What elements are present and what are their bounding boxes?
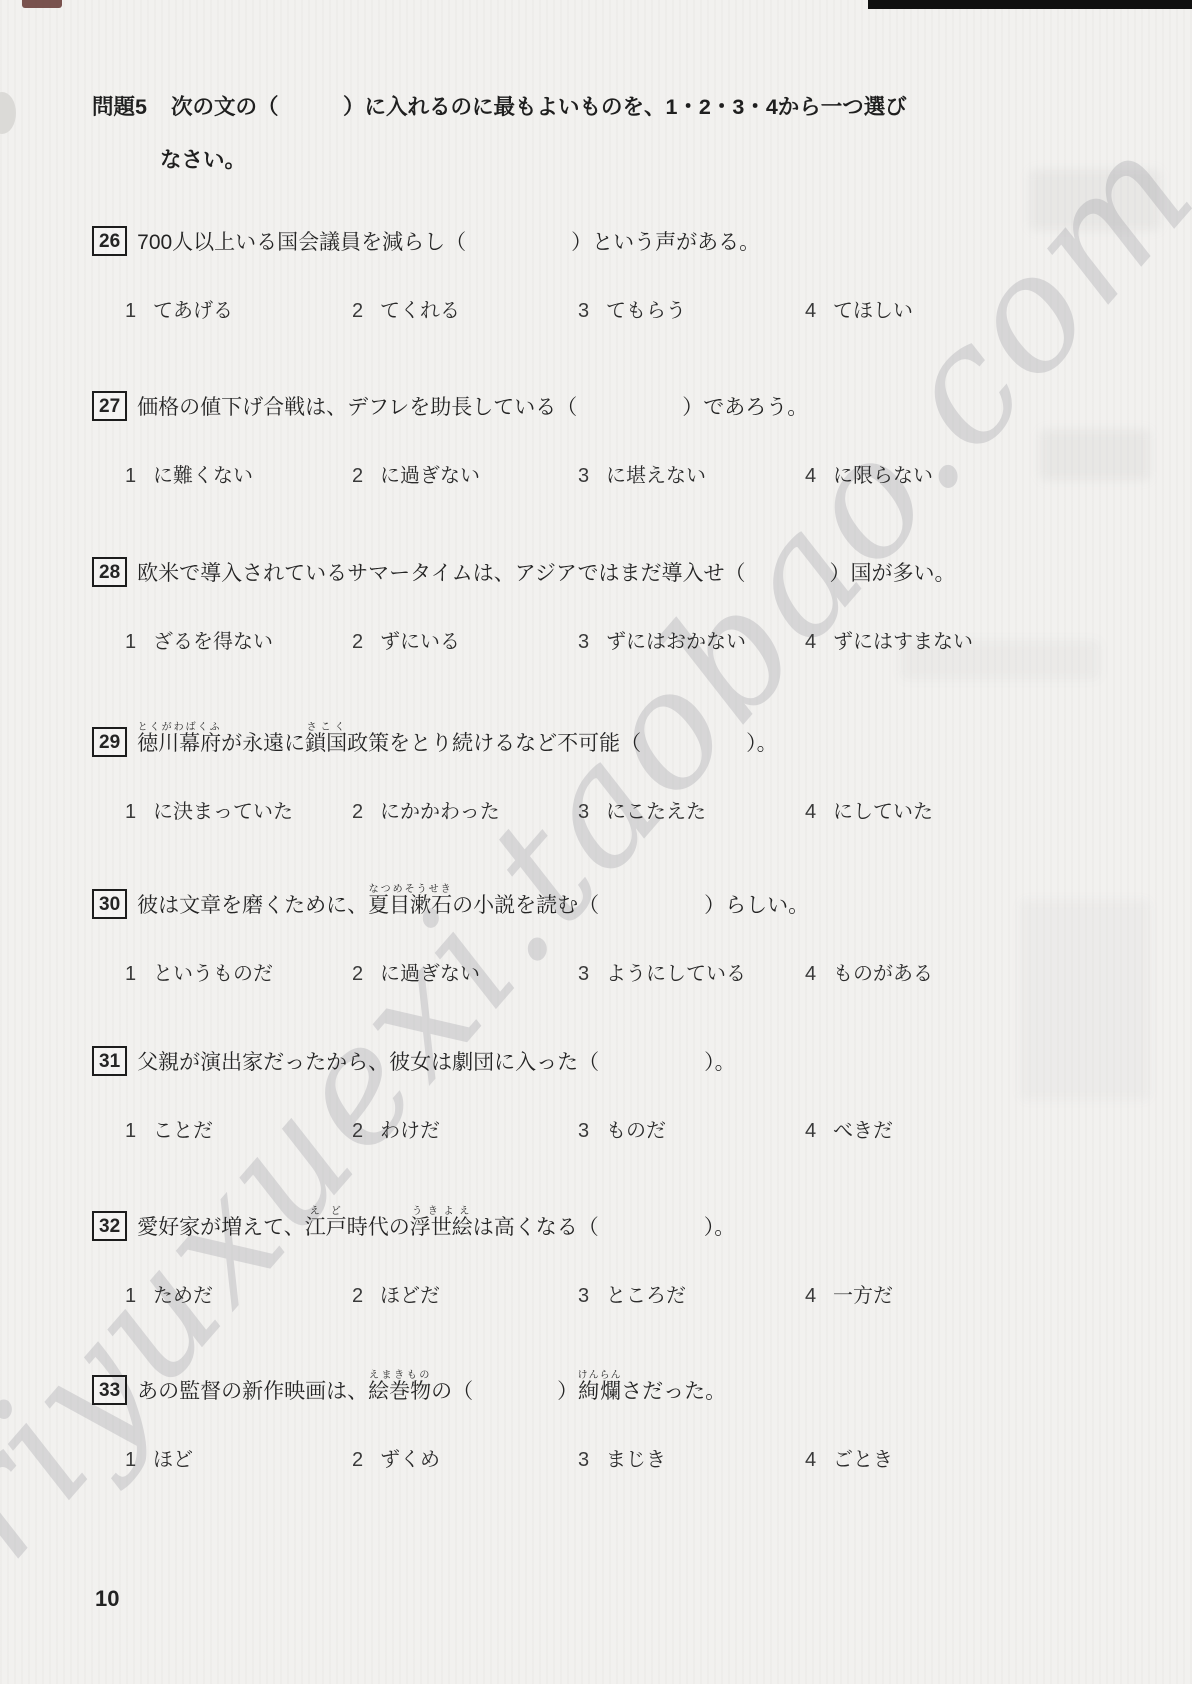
option-number: 1 <box>125 959 139 989</box>
page-number: 10 <box>95 1586 119 1612</box>
option: 3てもらう <box>578 296 805 326</box>
question-stem-row: 29徳川幕府とくがわばくふが永遠に鎖国さこく政策をとり続けるなど不可能（ ）。 <box>92 722 1112 761</box>
options-row: 1ほど 2ずくめ 3まじき 4ごとき <box>125 1445 1112 1475</box>
options-row: 1というものだ 2に過ぎない 3ようにしている 4ものがある <box>125 959 1112 989</box>
option: 2に過ぎない <box>352 959 578 989</box>
option-number: 1 <box>125 1116 139 1146</box>
option: 2てくれる <box>352 296 578 326</box>
question-stem: あの監督の新作映画は、絵巻物えまきものの（ ）絢爛けんらんさだった。 <box>137 1380 726 1403</box>
option: 1てあげる <box>125 296 352 326</box>
option-number: 1 <box>125 797 139 827</box>
option: 3ずにはおかない <box>578 627 805 657</box>
option-label: というものだ <box>153 963 273 985</box>
option-number: 2 <box>352 461 366 491</box>
option: 1ざるを得ない <box>125 627 352 657</box>
furigana: うきよえ <box>410 1206 473 1217</box>
furigana: さこく <box>305 722 347 733</box>
question-stem-row: 26700人以上いる国会議員を減らし（ ）という声がある。 <box>92 226 1112 260</box>
scan-artifact-left-edge <box>0 92 16 134</box>
option-label: ようにしている <box>606 963 746 985</box>
question-stem: 彼は文章を磨くために、夏目漱石なつめそうせきの小説を読む（ ）らしい。 <box>137 894 809 917</box>
page-bleedthrough-smudge <box>1030 170 1160 230</box>
question-number-box: 31 <box>92 1046 127 1076</box>
stem-ruby-group: 徳川幕府とくがわばくふ <box>137 732 221 755</box>
option: 1というものだ <box>125 959 352 989</box>
furigana: えまきもの <box>368 1370 431 1381</box>
scanned-test-page: { "colors": { "page_background": "#f2f1e… <box>0 0 1192 1684</box>
option-number: 1 <box>125 461 139 491</box>
stem-segment: 価格の値下げ合戦は、デフレを助長している（ ）であろう。 <box>137 396 808 419</box>
option-number: 4 <box>805 1116 819 1146</box>
option-label: に難くない <box>153 465 253 487</box>
scan-artifact-top-bar <box>868 0 1192 9</box>
question: 27価格の値下げ合戦は、デフレを助長している（ ）であろう。 1に難くない 2に… <box>92 391 1112 491</box>
option: 4ずにはすまない <box>805 627 1112 657</box>
stem-segment: 欧米で導入されているサマータイムは、アジアではまだ導入せ（ ）国が多い。 <box>137 562 955 585</box>
option-label: べきだ <box>833 1120 893 1142</box>
question-stem-row: 28欧米で導入されているサマータイムは、アジアではまだ導入せ（ ）国が多い。 <box>92 557 1112 591</box>
option: 2ずくめ <box>352 1445 578 1475</box>
question-number-box: 32 <box>92 1211 127 1241</box>
stem-segment: は高くなる（ ）。 <box>473 1216 736 1239</box>
option-number: 4 <box>805 627 819 657</box>
question-number-box: 26 <box>92 226 127 256</box>
option: 1ことだ <box>125 1116 352 1146</box>
option-label: ことだ <box>153 1120 213 1142</box>
stem-segment: の（ ） <box>431 1380 578 1403</box>
stem-ruby-group: 江戸えど <box>305 1216 347 1239</box>
options-row: 1てあげる 2てくれる 3てもらう 4てほしい <box>125 296 1112 326</box>
stem-segment: が永遠に <box>221 732 305 755</box>
option-label: ずにはおかない <box>606 631 746 653</box>
option: 1に難くない <box>125 461 352 491</box>
option: 4にしていた <box>805 797 1112 827</box>
option-number: 2 <box>352 1281 366 1311</box>
question: 30彼は文章を磨くために、夏目漱石なつめそうせきの小説を読む（ ）らしい。 1と… <box>92 884 1112 989</box>
option-label: にこたえた <box>606 801 706 823</box>
option-number: 4 <box>805 461 819 491</box>
question-stem-row: 31父親が演出家だったから、彼女は劇団に入った（ ）。 <box>92 1046 1112 1080</box>
option-number: 2 <box>352 959 366 989</box>
stem-segment: 浮世絵 <box>410 1216 473 1239</box>
stem-ruby-group: 夏目漱石なつめそうせき <box>368 894 452 917</box>
stem-segment: 愛好家が増えて、 <box>137 1216 305 1239</box>
option: 3に堪えない <box>578 461 805 491</box>
stem-segment: 徳川幕府 <box>137 732 221 755</box>
option-label: てもらう <box>606 300 686 322</box>
question: 31父親が演出家だったから、彼女は劇団に入った（ ）。 1ことだ 2わけだ 3も… <box>92 1046 1112 1146</box>
option-label: に限らない <box>833 465 933 487</box>
option-label: に過ぎない <box>380 963 480 985</box>
option-label: に堪えない <box>606 465 706 487</box>
stem-segment: さだった。 <box>621 1380 726 1403</box>
option: 4に限らない <box>805 461 1112 491</box>
question-number-box: 29 <box>92 727 127 757</box>
option-label: ごとき <box>833 1449 893 1471</box>
options-row: 1ざるを得ない 2ずにいる 3ずにはおかない 4ずにはすまない <box>125 627 1112 657</box>
stem-segment: 700人以上いる国会議員を減らし（ ）という声がある。 <box>137 231 760 254</box>
options-row: 1ためだ 2ほどだ 3ところだ 4一方だ <box>125 1281 1112 1311</box>
option-number: 2 <box>352 627 366 657</box>
question-number-box: 33 <box>92 1375 127 1405</box>
furigana: けんらん <box>578 1370 622 1381</box>
stem-segment: 彼は文章を磨くために、 <box>137 894 368 917</box>
stem-ruby-group: 絵巻物えまきもの <box>368 1380 431 1403</box>
options-row: 1に難くない 2に過ぎない 3に堪えない 4に限らない <box>125 461 1112 491</box>
stem-segment: 父親が演出家だったから、彼女は劇団に入った（ ）。 <box>137 1051 736 1074</box>
option: 1ためだ <box>125 1281 352 1311</box>
question: 33あの監督の新作映画は、絵巻物えまきものの（ ）絢爛けんらんさだった。 1ほど… <box>92 1370 1112 1475</box>
option: 3にこたえた <box>578 797 805 827</box>
stem-segment: 夏目漱石 <box>368 894 452 917</box>
option-label: ところだ <box>606 1285 686 1307</box>
option: 4一方だ <box>805 1281 1112 1311</box>
option: 2ほどだ <box>352 1281 578 1311</box>
option-number: 2 <box>352 1116 366 1146</box>
option-number: 1 <box>125 296 139 326</box>
option-label: ほどだ <box>380 1285 440 1307</box>
option-label: 一方だ <box>833 1285 893 1307</box>
stem-segment: 政策をとり続けるなど不可能（ ）。 <box>347 732 778 755</box>
stem-ruby-group: 浮世絵うきよえ <box>410 1216 473 1239</box>
option-label: てほしい <box>833 300 913 322</box>
option: 3まじき <box>578 1445 805 1475</box>
stem-segment: の小説を読む（ ）らしい。 <box>452 894 809 917</box>
question-stem: 徳川幕府とくがわばくふが永遠に鎖国さこく政策をとり続けるなど不可能（ ）。 <box>137 732 778 755</box>
option-label: てあげる <box>153 300 233 322</box>
question-stem: 価格の値下げ合戦は、デフレを助長している（ ）であろう。 <box>137 396 808 419</box>
section-instruction-line2: なさい。 <box>92 143 1102 177</box>
question-stem: 欧米で導入されているサマータイムは、アジアではまだ導入せ（ ）国が多い。 <box>137 562 955 585</box>
option-label: ほど <box>153 1449 193 1471</box>
question-stem: 700人以上いる国会議員を減らし（ ）という声がある。 <box>137 231 760 254</box>
stem-segment: 鎖国 <box>305 732 347 755</box>
option-label: に過ぎない <box>380 465 480 487</box>
option-label: てくれる <box>380 300 460 322</box>
option-number: 3 <box>578 959 592 989</box>
option-label: にしていた <box>833 801 933 823</box>
options-row: 1ことだ 2わけだ 3ものだ 4べきだ <box>125 1116 1112 1146</box>
option-number: 2 <box>352 296 366 326</box>
option: 2わけだ <box>352 1116 578 1146</box>
option-number: 3 <box>578 1281 592 1311</box>
option-number: 4 <box>805 296 819 326</box>
question-number-box: 27 <box>92 391 127 421</box>
question: 28欧米で導入されているサマータイムは、アジアではまだ導入せ（ ）国が多い。 1… <box>92 557 1112 657</box>
question-stem-row: 30彼は文章を磨くために、夏目漱石なつめそうせきの小説を読む（ ）らしい。 <box>92 884 1112 923</box>
option: 2に過ぎない <box>352 461 578 491</box>
option: 4てほしい <box>805 296 1112 326</box>
option: 3ところだ <box>578 1281 805 1311</box>
option-label: ずにはすまない <box>833 631 973 653</box>
option-label: にかかわった <box>380 801 500 823</box>
option-number: 4 <box>805 959 819 989</box>
option-number: 1 <box>125 1445 139 1475</box>
option-number: 3 <box>578 627 592 657</box>
furigana: とくがわばくふ <box>137 722 221 733</box>
question-stem-row: 27価格の値下げ合戦は、デフレを助長している（ ）であろう。 <box>92 391 1112 425</box>
stem-segment: 絵巻物 <box>368 1380 431 1403</box>
option-number: 1 <box>125 627 139 657</box>
section-instruction-line1: 次の文の（ ）に入れるのに最もよいものを、1・2・3・4から一つ選び <box>171 95 907 119</box>
page-content: 問題5次の文の（ ）に入れるのに最もよいものを、1・2・3・4から一つ選び なさ… <box>0 0 1192 1684</box>
option-number: 4 <box>805 1445 819 1475</box>
question: 26700人以上いる国会議員を減らし（ ）という声がある。 1てあげる 2てくれ… <box>92 226 1112 326</box>
option-number: 3 <box>578 1116 592 1146</box>
section-header: 問題5次の文の（ ）に入れるのに最もよいものを、1・2・3・4から一つ選び なさ… <box>92 90 1102 177</box>
question-stem-row: 33あの監督の新作映画は、絵巻物えまきものの（ ）絢爛けんらんさだった。 <box>92 1370 1112 1409</box>
option: 4べきだ <box>805 1116 1112 1146</box>
question-number-box: 28 <box>92 557 127 587</box>
stem-ruby-group: 絢爛けんらん <box>578 1380 621 1403</box>
option-number: 4 <box>805 1281 819 1311</box>
option: 3ようにしている <box>578 959 805 989</box>
option-label: わけだ <box>380 1120 440 1142</box>
furigana: えど <box>305 1206 347 1217</box>
option-number: 2 <box>352 797 366 827</box>
scan-artifact-top-left-mark <box>22 0 62 8</box>
option-label: ものだ <box>606 1120 666 1142</box>
option: 1ほど <box>125 1445 352 1475</box>
option-number: 3 <box>578 461 592 491</box>
option-label: に決まっていた <box>153 801 293 823</box>
option-number: 3 <box>578 296 592 326</box>
question-stem: 父親が演出家だったから、彼女は劇団に入った（ ）。 <box>137 1051 736 1074</box>
furigana: なつめそうせき <box>368 884 452 895</box>
stem-ruby-group: 鎖国さこく <box>305 732 347 755</box>
option: 3ものだ <box>578 1116 805 1146</box>
option: 2にかかわった <box>352 797 578 827</box>
option: 4ものがある <box>805 959 1112 989</box>
option: 4ごとき <box>805 1445 1112 1475</box>
option-label: ずにいる <box>380 631 460 653</box>
stem-segment: あの監督の新作映画は、 <box>137 1380 368 1403</box>
stem-segment: 時代の <box>347 1216 410 1239</box>
question-number-box: 30 <box>92 889 127 919</box>
option-number: 4 <box>805 797 819 827</box>
option: 1に決まっていた <box>125 797 352 827</box>
option-number: 2 <box>352 1445 366 1475</box>
question: 29徳川幕府とくがわばくふが永遠に鎖国さこく政策をとり続けるなど不可能（ ）。 … <box>92 722 1112 827</box>
question-stem-row: 32愛好家が増えて、江戸えど時代の浮世絵うきよえは高くなる（ ）。 <box>92 1206 1112 1245</box>
option-label: まじき <box>606 1449 666 1471</box>
option-label: ずくめ <box>380 1449 440 1471</box>
section-label: 問題5 <box>92 95 147 119</box>
option-number: 3 <box>578 797 592 827</box>
question: 32愛好家が増えて、江戸えど時代の浮世絵うきよえは高くなる（ ）。 1ためだ 2… <box>92 1206 1112 1311</box>
option: 2ずにいる <box>352 627 578 657</box>
option-number: 1 <box>125 1281 139 1311</box>
stem-segment: 江戸 <box>305 1216 347 1239</box>
question-stem: 愛好家が増えて、江戸えど時代の浮世絵うきよえは高くなる（ ）。 <box>137 1216 735 1239</box>
option-label: ものがある <box>833 963 933 985</box>
option-label: ためだ <box>153 1285 213 1307</box>
options-row: 1に決まっていた 2にかかわった 3にこたえた 4にしていた <box>125 797 1112 827</box>
option-number: 3 <box>578 1445 592 1475</box>
stem-segment: 絢爛 <box>578 1380 622 1403</box>
option-label: ざるを得ない <box>153 631 273 653</box>
